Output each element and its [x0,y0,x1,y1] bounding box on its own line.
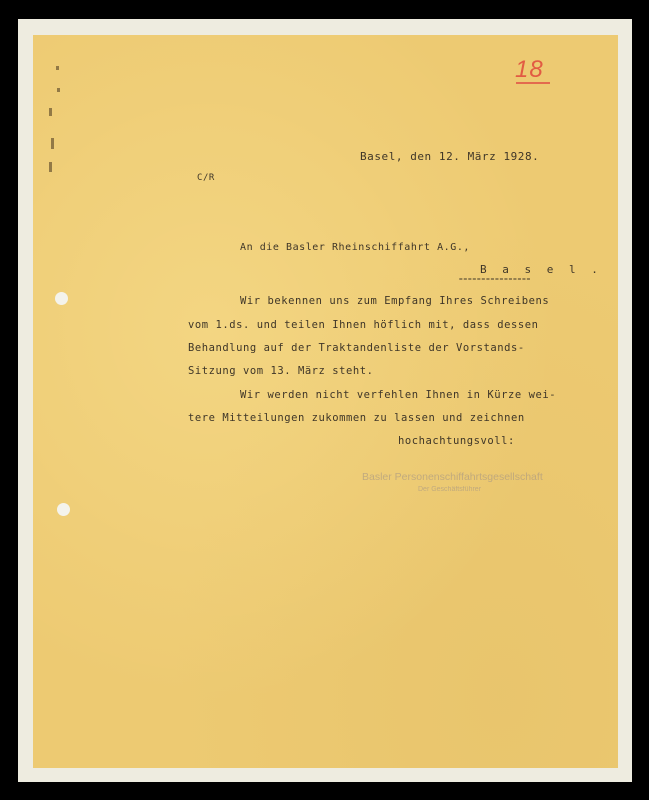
body-line: Sitzung vom 13. März steht. [188,366,374,377]
recipient-line: An die Basler Rheinschiffahrt A.G., [240,243,470,253]
body-line: vom 1.ds. und teilen Ihnen höflich mit, … [188,320,538,331]
edge-mark [57,88,60,92]
letter-page [33,35,618,768]
reference-initials: C/R [197,174,215,183]
body-line: Wir bekennen uns zum Empfang Ihres Schre… [240,296,549,307]
edge-mark [56,66,59,70]
place-date: Basel, den 12. März 1928. [360,151,539,162]
company-stamp-line1: Basler Personenschiffahrtsgesellschaft [362,471,543,483]
edge-mark [49,162,52,172]
closing-salutation: hochachtungsvoll: [398,436,515,447]
folio-underline [516,82,550,84]
body-line: Behandlung auf der Traktandenliste der V… [188,343,525,354]
edge-mark [51,138,54,149]
recipient-city-underline: ================ [459,277,531,283]
body-line: Wir werden nicht verfehlen Ihnen in Kürz… [240,390,556,401]
edge-mark [49,108,52,116]
body-line: tere Mitteilungen zukommen zu lassen und… [188,413,525,424]
punch-hole-top [55,292,68,305]
company-stamp-line2: Der Geschäftsführer [418,486,481,493]
recipient-city: B a s e l . [480,264,602,275]
folio-number: 18 [515,56,544,84]
punch-hole-bottom [57,503,70,516]
